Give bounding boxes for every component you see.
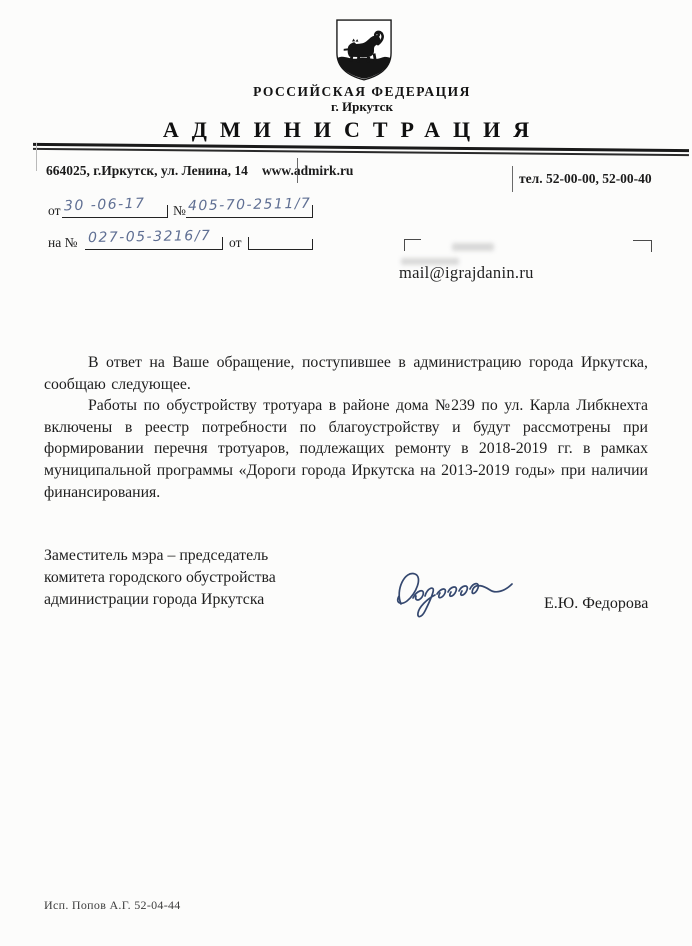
address-divider-line bbox=[297, 158, 298, 183]
city-title: г. Иркутск bbox=[16, 99, 692, 115]
outgoing-number-underline bbox=[186, 217, 312, 218]
body-paragraph-1: В ответ на Ваше обращение, поступившее в… bbox=[44, 352, 648, 395]
field-tick bbox=[312, 239, 313, 250]
org-phone: тел. 52-00-00, 52-00-40 bbox=[519, 171, 652, 187]
incoming-date-underline bbox=[248, 249, 312, 250]
field-tick bbox=[167, 205, 168, 218]
signer-title-block: Заместитель мэра – председатель комитета… bbox=[44, 545, 276, 611]
organization-title: АДМИНИСТРАЦИЯ bbox=[0, 117, 692, 143]
incoming-number-underline bbox=[85, 249, 222, 250]
field-tick bbox=[312, 205, 313, 218]
executor-contact: Исп. Попов А.Г. 52-04-44 bbox=[44, 898, 181, 913]
body-paragraph-2: Работы по обустройству тротуара в районе… bbox=[44, 395, 648, 503]
incoming-number-label: на № bbox=[48, 235, 77, 251]
scanned-letter-page: РОССИЙСКАЯ ФЕДЕРАЦИЯ г. Иркутск АДМИНИСТ… bbox=[0, 0, 692, 946]
redacted-text-smudge bbox=[452, 243, 494, 251]
phone-divider-line bbox=[512, 166, 513, 192]
outgoing-date-label: от bbox=[48, 203, 60, 219]
irkutsk-coat-of-arms-icon bbox=[335, 18, 393, 82]
addressee-email: mail@igrajdanin.ru bbox=[399, 263, 534, 283]
signer-title-line-2: комитета городского обустройства bbox=[44, 567, 276, 589]
scan-artifact-line bbox=[36, 143, 37, 171]
letterhead-double-rule bbox=[33, 143, 689, 156]
addressee-corner-mark-left bbox=[404, 239, 421, 251]
signer-title-line-1: Заместитель мэра – председатель bbox=[44, 545, 276, 567]
signer-title-line-3: администрации города Иркутска bbox=[44, 589, 276, 611]
outgoing-number-handwritten: 405-70-2511/7 bbox=[188, 196, 312, 215]
letter-body: В ответ на Ваше обращение, поступившее в… bbox=[44, 352, 648, 503]
addressee-corner-mark-right bbox=[633, 240, 652, 252]
field-tick bbox=[222, 237, 223, 250]
incoming-date-label: от bbox=[229, 235, 241, 251]
incoming-number-handwritten: 027-05-3216/7 bbox=[88, 228, 212, 246]
org-address: 664025, г.Иркутск, ул. Ленина, 14 bbox=[46, 163, 248, 178]
outgoing-date-underline bbox=[62, 217, 167, 218]
org-website: www.admirk.ru bbox=[262, 163, 354, 178]
handwritten-signature bbox=[385, 560, 523, 630]
outgoing-number-label: № bbox=[173, 203, 186, 219]
country-title: РОССИЙСКАЯ ФЕДЕРАЦИЯ bbox=[16, 84, 692, 100]
outgoing-date-handwritten: 30 -06-17 bbox=[64, 196, 146, 215]
org-address-line: 664025, г.Иркутск, ул. Ленина, 14www.adm… bbox=[46, 163, 353, 179]
signer-name: Е.Ю. Федорова bbox=[544, 595, 648, 613]
